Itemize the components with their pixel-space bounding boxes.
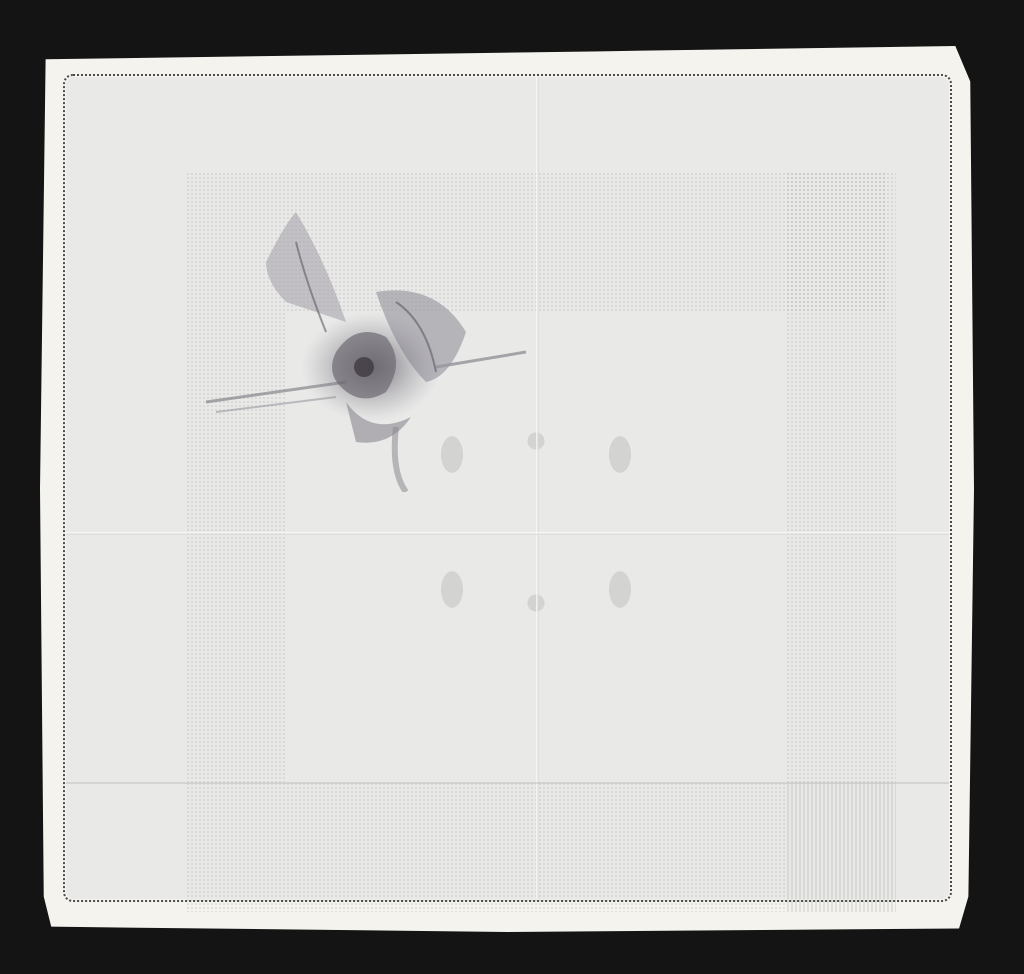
handkerchief bbox=[40, 46, 974, 932]
hemstitch-border bbox=[63, 74, 952, 902]
